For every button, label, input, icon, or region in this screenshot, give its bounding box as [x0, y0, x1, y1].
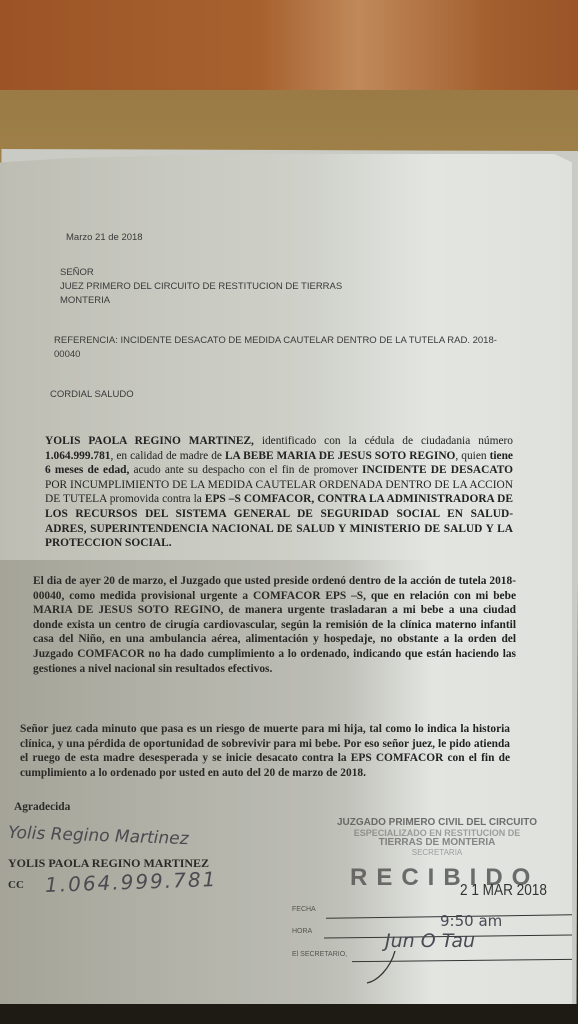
paragraph-facts: El dia de ayer 20 de marzo, el Juzgado q…: [33, 574, 516, 676]
stamp-line-3: TIERRAS DE MONTERIA: [292, 838, 578, 848]
reference-line: REFERENCIA: INCIDENTE DESACATO DE MEDIDA…: [54, 334, 499, 362]
addressee-city: MONTERIA: [60, 294, 342, 308]
petitioner-id: 1.064.999.781: [45, 450, 111, 462]
addressee-block: SEÑOR JUEZ PRIMERO DEL CIRCUITO DE RESTI…: [60, 266, 342, 308]
signature-flourish: [365, 949, 405, 989]
background-floor: [0, 1004, 578, 1024]
petitioner-name: YOLIS PAOLA REGINO MARTINEZ,: [45, 435, 254, 447]
paragraph-request: Señor juez cada minuto que pasa es un ri…: [20, 722, 510, 780]
handwritten-id: 1.064.999.781: [45, 867, 218, 897]
baby-name-2: MARIA DE JESUS SOTO REGINO: [33, 604, 221, 616]
stamp-line-4: SECRETARIA: [292, 848, 578, 858]
letter-date: Marzo 21 de 2018: [66, 232, 143, 243]
incident-title: INCIDENTE DE DESACATO: [362, 464, 513, 476]
fecha-label: FECHA: [292, 906, 316, 913]
stamp-date: 2 1 MAR 2018: [460, 882, 547, 900]
hora-label: HORA: [292, 928, 312, 935]
secretario-label: El SECRETARIO,: [292, 951, 347, 958]
handwritten-signature: Yolis Regino Martinez: [8, 823, 189, 849]
greeting: CORDIAL SALUDO: [50, 389, 134, 400]
court-stamp: JUZGADO PRIMERO CIVIL DEL CIRCUITO ESPEC…: [292, 818, 578, 858]
background-wall: [0, 0, 578, 95]
cc-label: CC: [8, 878, 24, 893]
addressee-salutation: SEÑOR: [60, 266, 342, 280]
baby-name: LA BEBE MARIA DE JESUS SOTO REGINO: [225, 450, 455, 462]
hora-value: 9:50 am: [440, 912, 502, 930]
paragraph-petition: YOLIS PAOLA REGINO MARTINEZ, identificad…: [45, 434, 513, 551]
letter-page: Marzo 21 de 2018 SEÑOR JUEZ PRIMERO DEL …: [0, 154, 572, 1004]
stamp-line-1: JUZGADO PRIMERO CIVIL DEL CIRCUITO: [292, 818, 578, 828]
addressee-title: JUEZ PRIMERO DEL CIRCUITO DE RESTITUCION…: [60, 280, 342, 294]
closing: Agradecida: [14, 800, 70, 815]
